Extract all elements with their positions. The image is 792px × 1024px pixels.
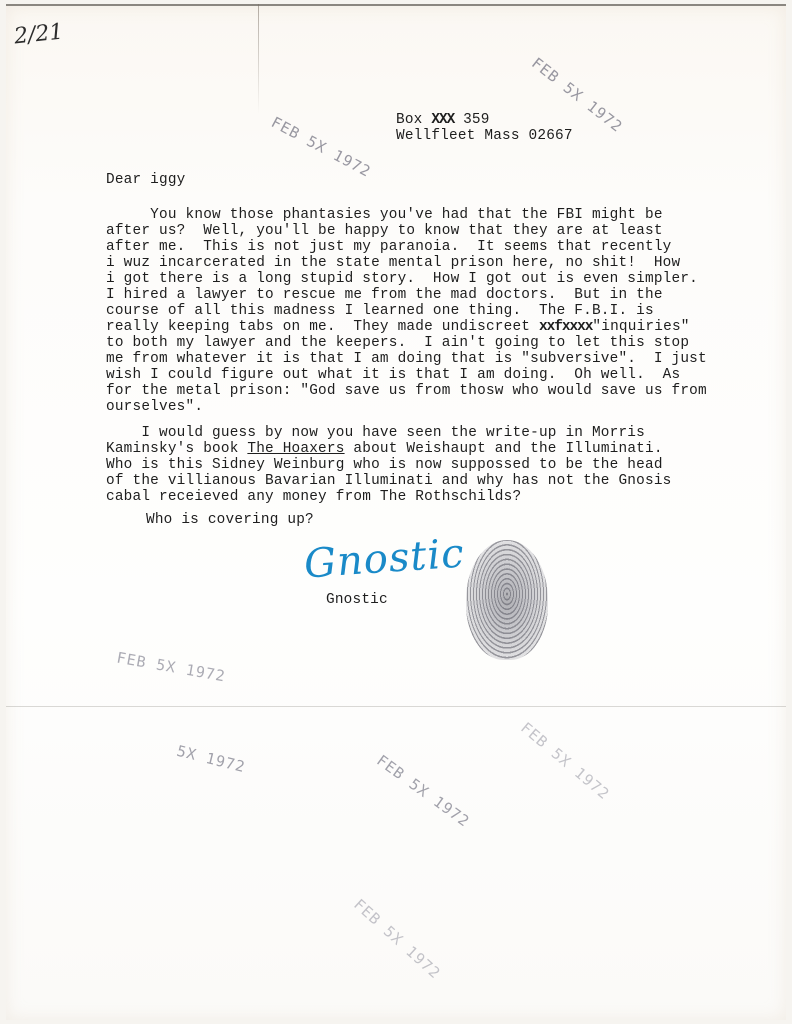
text-line-part: Kaminsky's book [106, 441, 247, 457]
text-line-part: about Weishaupt and the Illuminati. [345, 441, 663, 457]
text-line: Who is this Sidney Weinburg who is now s… [106, 457, 663, 473]
text-line-part: really keeping tabs on me. They made und… [106, 319, 539, 335]
body-paragraph-2: I would guess by now you have seen the w… [106, 425, 672, 505]
salutation: Dear iggy [106, 172, 186, 188]
text-line: to both my lawyer and the keepers. I ain… [106, 335, 689, 351]
return-address: Box XXX 359 Wellfleet Mass 02667 [396, 112, 573, 144]
body-paragraph-1: You know those phantasies you've had tha… [106, 207, 707, 415]
text-line: me from whatever it is that I am doing t… [106, 351, 707, 367]
text-line: for the metal prison: "God save us from … [106, 383, 707, 399]
text-line: I hired a lawyer to rescue me from the m… [106, 287, 663, 303]
address-line1-prefix: Box [396, 112, 431, 128]
closing-line: Who is covering up? [146, 512, 314, 528]
address-line2: Wellfleet Mass 02667 [396, 128, 573, 144]
paper-fold-vertical [258, 4, 259, 114]
text-line-part: "inquiries" [592, 319, 689, 335]
handwritten-date-note: 2/21 [13, 19, 65, 49]
struck-text: xxfxxxx [539, 319, 592, 335]
text-line: course of all this madness I learned one… [106, 303, 654, 319]
text-line: i got there is a long stupid story. How … [106, 271, 698, 287]
book-title: The Hoaxers [247, 441, 344, 457]
letter-page [6, 4, 786, 1020]
fingerprint-mark [466, 540, 548, 660]
text-line: after us? Well, you'll be happy to know … [106, 223, 663, 239]
paper-fold-horizontal [6, 706, 786, 707]
text-line: ourselves". [106, 399, 203, 415]
text-line: wish I could figure out what it is that … [106, 367, 680, 383]
text-line: I would guess by now you have seen the w… [106, 425, 645, 441]
text-line: of the villianous Bavarian Illuminati an… [106, 473, 672, 489]
text-line: i wuz incarcerated in the state mental p… [106, 255, 680, 271]
typed-signature: Gnostic [326, 592, 388, 608]
text-line: after me. This is not just my paranoia. … [106, 239, 672, 255]
address-line1-suffix: 359 [454, 112, 489, 128]
text-line: cabal receieved any money from The Roths… [106, 489, 521, 505]
struck-text: XXX [431, 112, 454, 128]
text-line: You know those phantasies you've had tha… [106, 207, 663, 223]
